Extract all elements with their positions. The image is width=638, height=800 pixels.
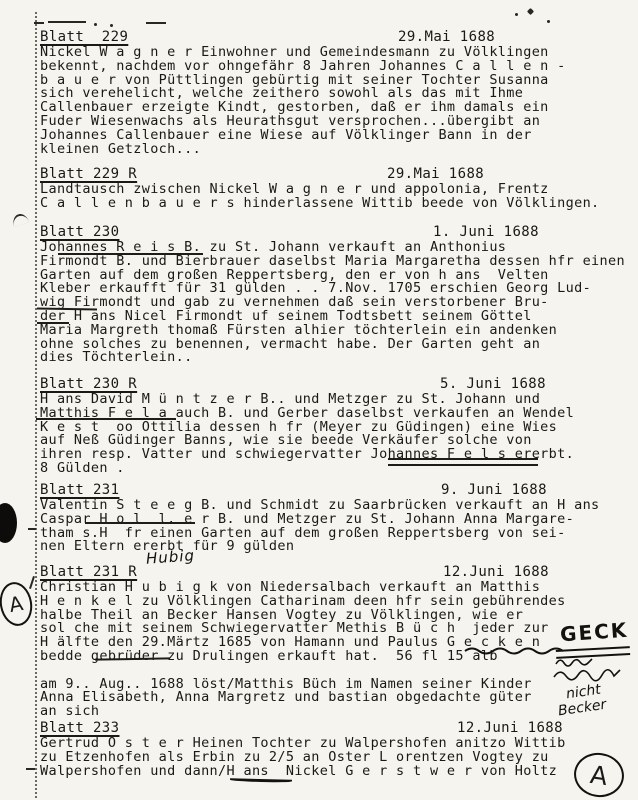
blatt-label: Blatt 230 R bbox=[40, 376, 137, 392]
margin-tick bbox=[28, 528, 36, 530]
entry-date: 12.Juni 1688 bbox=[457, 721, 563, 736]
blatt-label: Blatt 229 bbox=[40, 29, 128, 45]
circled-a-annotation-left: A bbox=[0, 580, 36, 629]
entry-date: 12.Juni 1688 bbox=[443, 565, 549, 580]
entry-date: 29.Mai 1688 bbox=[398, 30, 495, 45]
top-edge-dot bbox=[110, 24, 113, 27]
blatt-label: Blatt 229 R bbox=[40, 166, 137, 182]
entry-date: 1. Juni 1688 bbox=[433, 225, 539, 240]
handwriting-geck-underline bbox=[556, 646, 630, 659]
entry-header: Blatt 2319. Juni 1688 bbox=[40, 483, 600, 499]
entry-text-line: Walpershofen und dann/H ans Nickel G e r… bbox=[40, 765, 566, 779]
entry-text-line: an sich bbox=[40, 705, 566, 719]
top-right-speck bbox=[547, 20, 550, 23]
entry-date: 5. Juni 1688 bbox=[440, 377, 546, 392]
register-entry: Blatt 231 R12.Juni 1688Christian H u b i… bbox=[40, 565, 566, 719]
entry-text-line: bedde gebrüder zu Drulingen erkauft hat.… bbox=[40, 650, 566, 664]
entry-header: Blatt 22929.Mai 1688 bbox=[40, 30, 566, 46]
entry-text-line: C a l l e n b a u e r s hinderlassene Wi… bbox=[40, 197, 600, 211]
entry-text-line: nen Eltern ererbt für 9 gülden bbox=[40, 540, 600, 554]
register-entry: Blatt 229 R29.Mai 1688Landtausch zwische… bbox=[40, 167, 600, 211]
blatt-label: Blatt 231 R bbox=[40, 564, 137, 580]
left-margin-dashed-line bbox=[35, 12, 37, 798]
register-entry: Blatt 230 R5. Juni 1688H ans David M ü n… bbox=[40, 377, 574, 476]
margin-slash-mark bbox=[29, 576, 35, 589]
entry-date: 9. Juni 1688 bbox=[441, 483, 547, 498]
top-edge-dash bbox=[34, 22, 44, 24]
hole-punch-mark bbox=[0, 503, 17, 543]
scanned-document-page: Blatt 22929.Mai 1688Nickel W a g n e r E… bbox=[0, 0, 638, 800]
register-entry: Blatt 2319. Juni 1688Valentin S t e e g … bbox=[40, 483, 600, 554]
entry-text-line: 8 Gülden . bbox=[40, 462, 574, 476]
circled-a-letter: A bbox=[589, 759, 610, 790]
entry-header: Blatt 231 R12.Juni 1688 bbox=[40, 565, 566, 581]
register-entry: Blatt 23312.Juni 1688Gertrud O s t e r H… bbox=[40, 721, 566, 778]
entry-date: 29.Mai 1688 bbox=[387, 167, 484, 182]
circled-a-letter: A bbox=[7, 591, 25, 617]
entry-header: Blatt 2301. Juni 1688 bbox=[40, 225, 625, 241]
top-right-speck bbox=[515, 13, 518, 16]
entry-text-line: Anna Elisabeth, Anna Margretz und bastia… bbox=[40, 691, 566, 705]
top-right-speck bbox=[527, 8, 534, 15]
blatt-label: Blatt 233 bbox=[40, 720, 119, 736]
register-entry: Blatt 22929.Mai 1688Nickel W a g n e r E… bbox=[40, 30, 566, 156]
entry-header: Blatt 229 R29.Mai 1688 bbox=[40, 167, 600, 183]
entry-header: Blatt 23312.Juni 1688 bbox=[40, 721, 566, 737]
margin-curve-mark bbox=[11, 212, 30, 227]
register-entry: Blatt 2301. Juni 1688Johannes R e i s B.… bbox=[40, 225, 625, 365]
entry-header: Blatt 230 R5. Juni 1688 bbox=[40, 377, 574, 393]
blatt-label: Blatt 231 bbox=[40, 482, 119, 498]
entry-text-line: dies Töchterlein.. bbox=[40, 351, 625, 365]
margin-tick bbox=[26, 768, 35, 770]
handwriting-geck: GECK bbox=[559, 618, 629, 647]
handwriting-nicht: nicht bbox=[565, 682, 602, 703]
blatt-label: Blatt 230 bbox=[40, 224, 119, 240]
top-edge-dash bbox=[146, 22, 166, 24]
circled-a-annotation-bottom: A bbox=[571, 750, 627, 800]
top-edge-dash bbox=[48, 21, 86, 23]
entry-text-line: kleinen Getzloch... bbox=[40, 143, 566, 157]
top-edge-dot bbox=[94, 23, 97, 26]
hand-underline-nickel bbox=[230, 778, 292, 783]
